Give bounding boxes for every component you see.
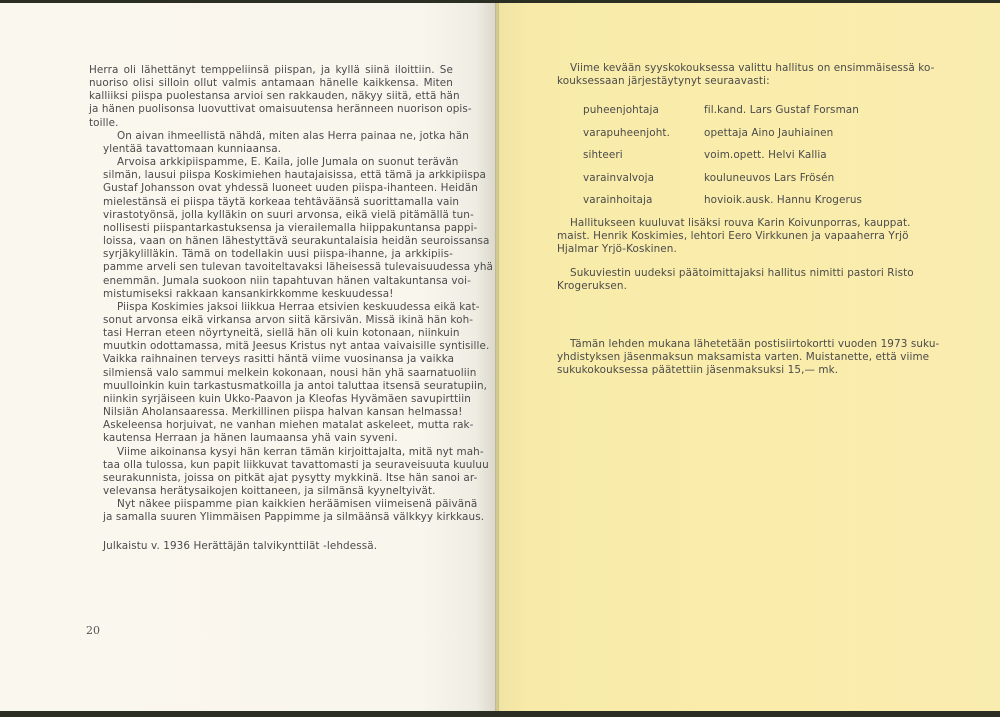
board-intro: Viime kevään syyskokouksessa valittu hal… xyxy=(570,62,932,88)
text-line: Krogeruksen. xyxy=(557,280,932,293)
paragraph: Viime aikoinansa kysyi hän kerran tämän … xyxy=(89,446,453,499)
editor-paragraph: Sukuviestin uudeksi päätoimittajaksi hal… xyxy=(570,267,932,293)
members-paragraph: Hallitukseen kuuluvat lisäksi rouva Kari… xyxy=(570,217,932,256)
text-line: Viime kevään syyskokouksessa valittu hal… xyxy=(570,62,932,75)
left-page-body: Herra oli lähettänyt temppeliinsä piispa… xyxy=(89,64,453,524)
text-line: Hjalmar Yrjö-Koskinen. xyxy=(557,243,932,256)
text-line: Herra oli lähettänyt temppeliinsä piispa… xyxy=(89,64,453,77)
text-line: sukukokouksessa päätettiin jäsenmaksuksi… xyxy=(557,364,932,377)
text-line: toille. xyxy=(89,117,453,130)
text-line: Sukuviestin uudeksi päätoimittajaksi hal… xyxy=(570,267,932,280)
paragraph: Piispa Koskimies jaksoi liikkua Herraa e… xyxy=(89,301,453,446)
text-line: syrjäkylilläkin. Tämä on todellakin uusi… xyxy=(89,248,453,261)
paragraph: Arvoisa arkkipiispamme, E. Kaila, jolle … xyxy=(89,156,453,301)
board-list: puheenjohtaja fil.kand. Lars Gustaf Fors… xyxy=(583,104,862,217)
text-line: silmän, lausui piispa Koskimiehen hautaj… xyxy=(89,169,453,182)
text-line: mistumiseksi rakkaan kansankirkkomme kes… xyxy=(89,288,453,301)
text-line: mielestänsä ei piispa täytä korkeaa teht… xyxy=(89,196,453,209)
text-line: velevansa herätysaikojen koittaneen, ja … xyxy=(89,485,453,498)
text-line: On aivan ihmeellistä nähdä, miten alas H… xyxy=(89,130,453,143)
text-line: enemmän. Jumala suokoon niin tapahtuvan … xyxy=(89,275,453,288)
text-line: yhdistyksen jäsenmaksun maksamista varte… xyxy=(557,351,932,364)
board-row: varapuheenjoht. opettaja Aino Jauhiainen xyxy=(583,127,862,150)
text-line: muutkin odottamassa, mitä Jeesus Kristus… xyxy=(89,340,453,353)
text-line: pamme arveli sen tulevan tavoiteltavaksi… xyxy=(89,261,453,274)
board-row: puheenjohtaja fil.kand. Lars Gustaf Fors… xyxy=(583,104,862,127)
membership-fee-paragraph: Tämän lehden mukana lähetetään postisiir… xyxy=(570,338,932,377)
text-line: muulloinkin kuin tarkastusmatkoilla ja a… xyxy=(89,380,453,393)
text-line: kautensa Herraan ja hänen laumaansa yhä … xyxy=(89,432,453,445)
text-line: Tämän lehden mukana lähetetään postisiir… xyxy=(570,338,932,351)
text-line: kalliiksi piispa puolestansa arvioi sen … xyxy=(89,90,453,103)
text-line: ja samalla suuren Ylimmäisen Pappimme ja… xyxy=(89,511,453,524)
text-line: tasi Herran eteen nöyrtyneitä, siellä hä… xyxy=(89,327,453,340)
text-line: nuoriso olisi silloin ollut valmis antam… xyxy=(89,77,453,90)
board-role: sihteeri xyxy=(583,149,704,162)
paragraph: Herra oli lähettänyt temppeliinsä piispa… xyxy=(89,64,453,130)
page-number: 20 xyxy=(86,624,100,637)
text-line: loissa, vaan on hänen lähestyttävä seura… xyxy=(89,235,453,248)
board-member-name: fil.kand. Lars Gustaf Forsman xyxy=(704,104,859,117)
text-line: Nyt näkee piispamme pian kaikkien herääm… xyxy=(89,498,453,511)
board-row: varainhoitaja hovioik.ausk. Hannu Kroger… xyxy=(583,194,862,217)
board-role: puheenjohtaja xyxy=(583,104,704,117)
text-line: nollisesti piispantarkastuksensa ja vier… xyxy=(89,222,453,235)
board-role: varainhoitaja xyxy=(583,194,704,207)
paragraph: Nyt näkee piispamme pian kaikkien herääm… xyxy=(89,498,453,524)
text-line: Hallitukseen kuuluvat lisäksi rouva Kari… xyxy=(570,217,932,230)
publication-credit: Julkaistu v. 1936 Herättäjän talvikyntti… xyxy=(103,540,377,553)
board-row: sihteeri voim.opett. Helvi Kallia xyxy=(583,149,862,172)
text-line: kouksessaan järjestäytynyt seuraavasti: xyxy=(557,75,932,88)
board-role: varainvalvoja xyxy=(583,172,704,185)
text-line: virastotyönsä, jolla kylläkin on suuri a… xyxy=(89,209,453,222)
text-line: Nilsiän Aholansaaressa. Merkillinen piis… xyxy=(89,406,453,419)
board-member-name: kouluneuvos Lars Frösén xyxy=(704,172,834,185)
text-line: ylentää tavattomaan kunniaansa. xyxy=(89,143,453,156)
text-line: maist. Henrik Koskimies, lehtori Eero Vi… xyxy=(557,230,932,243)
text-line: Askeleensa horjuivat, ne vanhan miehen m… xyxy=(89,419,453,432)
text-line: taa olla tulossa, kun papit liikkuvat ta… xyxy=(89,459,453,472)
board-member-name: opettaja Aino Jauhiainen xyxy=(704,127,833,140)
text-line: Vaikka raihnainen terveys rasitti häntä … xyxy=(89,353,453,366)
text-line: seurakunnista, joissa on pitkät ajat pys… xyxy=(89,472,453,485)
board-member-name: hovioik.ausk. Hannu Krogerus xyxy=(704,194,862,207)
text-line: Piispa Koskimies jaksoi liikkua Herraa e… xyxy=(89,301,453,314)
text-line: Viime aikoinansa kysyi hän kerran tämän … xyxy=(89,446,453,459)
text-line: silmiensä valo sammui melkein kokonaan, … xyxy=(89,367,453,380)
text-line: niinkin syrjäiseen kuin Ukko-Paavon ja K… xyxy=(89,393,453,406)
text-line: ja hänen puolisonsa luovuttivat omaisuut… xyxy=(89,103,453,116)
board-role: varapuheenjoht. xyxy=(583,127,704,140)
text-line: sonut arvonsa eikä virkansa arvon siitä … xyxy=(89,314,453,327)
text-line: Gustaf Johansson ovat yhdessä luoneet uu… xyxy=(89,182,453,195)
text-line: Arvoisa arkkipiispamme, E. Kaila, jolle … xyxy=(89,156,453,169)
board-member-name: voim.opett. Helvi Kallia xyxy=(704,149,827,162)
paragraph: On aivan ihmeellistä nähdä, miten alas H… xyxy=(89,130,453,156)
board-row: varainvalvoja kouluneuvos Lars Frösén xyxy=(583,172,862,195)
